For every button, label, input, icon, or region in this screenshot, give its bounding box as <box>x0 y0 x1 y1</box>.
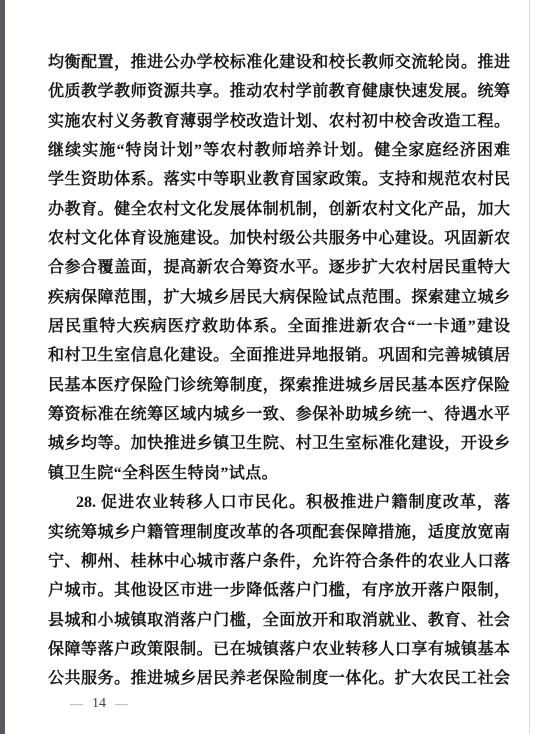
text-line: 公共服务。推进城乡居民养老保险制度一体化。扩大农民工社会 <box>48 664 510 693</box>
text-line: 学生资助体系。落实中等职业教育国家政策。支持和规范农村民 <box>48 165 510 194</box>
text-line: 均衡配置，推进公办学校标准化建设和校长教师交流轮岗。推进 <box>48 48 510 77</box>
item-28-body-start: 积极推进户籍制度改革，落 <box>306 494 510 511</box>
text-line: 实统筹城乡户籍管理制度改革的各项配套保障措施，适度放宽南 <box>48 518 510 547</box>
text-line: 城乡均等。加快推进乡镇卫生院、村卫生室标准化建设，开设乡 <box>48 429 510 458</box>
text-line: 农村文化体育设施建设。加快村级公共服务中心建设。巩固新农 <box>48 224 510 253</box>
text-line: 民基本医疗保险门诊统筹制度，探索推进城乡居民基本医疗保险 <box>48 371 510 400</box>
text-line: 县城和小城镇取消落户门槛，全面放开和取消就业、教育、社会 <box>48 606 510 635</box>
text-line: 合参合覆盖面，提高新农合筹资水平。逐步扩大农村居民重特大 <box>48 253 510 282</box>
page-footer: — 14 — <box>70 696 128 712</box>
text-line-item-28: 28. 促进农业转移人口市民化。积极推进户籍制度改革，落 <box>48 488 510 517</box>
footer-right-dash: — <box>115 696 128 712</box>
text-line: 继续实施“特岗计划”等农村教师培养计划。健全家庭经济困难 <box>48 136 510 165</box>
text-line: 镇卫生院“全科医生特岗”试点。 <box>48 459 510 488</box>
document-body: 均衡配置，推进公办学校标准化建设和校长教师交流轮岗。推进 优质教学教师资源共享。… <box>48 48 510 694</box>
text-line: 疾病保障范围，扩大城乡居民大病保险试点范围。探索建立城乡 <box>48 283 510 312</box>
item-28-heading: 28. 促进农业转移人口市民化。 <box>76 494 306 511</box>
text-line: 筹资标准在统筹区域内城乡一致、参保补助城乡统一、待遇水平 <box>48 400 510 429</box>
text-line: 居民重特大疾病医疗救助体系。全面推进新农合“一卡通”建设 <box>48 312 510 341</box>
text-line: 优质教学教师资源共享。推动农村学前教育健康快速发展。统筹 <box>48 77 510 106</box>
text-line: 实施农村义务教育薄弱学校改造计划、农村初中校舍改造工程。 <box>48 107 510 136</box>
footer-left-dash: — <box>70 696 83 712</box>
scan-edge-strip <box>0 0 5 734</box>
document-page: 均衡配置，推进公办学校标准化建设和校长教师交流轮岗。推进 优质教学教师资源共享。… <box>0 0 541 734</box>
text-line: 办教育。健全农村文化发展体制机制，创新农村文化产品，加大 <box>48 195 510 224</box>
page-number: 14 <box>92 696 106 712</box>
page-edge-line <box>529 0 530 734</box>
text-line: 和村卫生室信息化建设。全面推进异地报销。巩固和完善城镇居 <box>48 341 510 370</box>
text-line: 保障等落户政策限制。已在城镇落户农业转移人口享有城镇基本 <box>48 635 510 664</box>
text-line: 宁、柳州、桂林中心城市落户条件，允许符合条件的农业人口落 <box>48 547 510 576</box>
text-line: 户城市。其他设区市进一步降低落户门槛，有序放开落户限制， <box>48 576 510 605</box>
